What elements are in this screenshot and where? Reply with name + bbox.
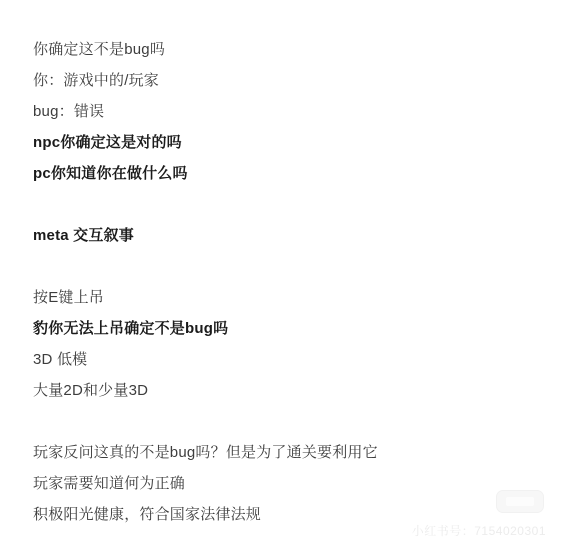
text-line: 玩家需要知道何为正确 (33, 468, 552, 499)
text-line: 3D 低模 (33, 344, 552, 375)
text-line: 大量2D和少量3D (33, 375, 552, 406)
text-line: 你：游戏中的/玩家 (33, 65, 552, 96)
text-line: bug：错误 (33, 96, 552, 127)
text-line: 积极阳光健康，符合国家法律法规 (33, 499, 552, 530)
text-line: 玩家反问这真的不是bug吗？但是为了通关要利用它 (33, 437, 552, 468)
text-line: 你确定这不是bug吗 (33, 34, 552, 65)
text-line: 按E键上吊 (33, 282, 552, 313)
text-line: meta 交互叙事 (33, 220, 552, 251)
text-line: npc你确定这是对的吗 (33, 127, 552, 158)
text-line: 豹你无法上吊确定不是bug吗 (33, 313, 552, 344)
document-body: 你确定这不是bug吗 你：游戏中的/玩家 bug：错误 npc你确定这是对的吗 … (33, 34, 552, 530)
text-line: pc你知道你在做什么吗 (33, 158, 552, 189)
